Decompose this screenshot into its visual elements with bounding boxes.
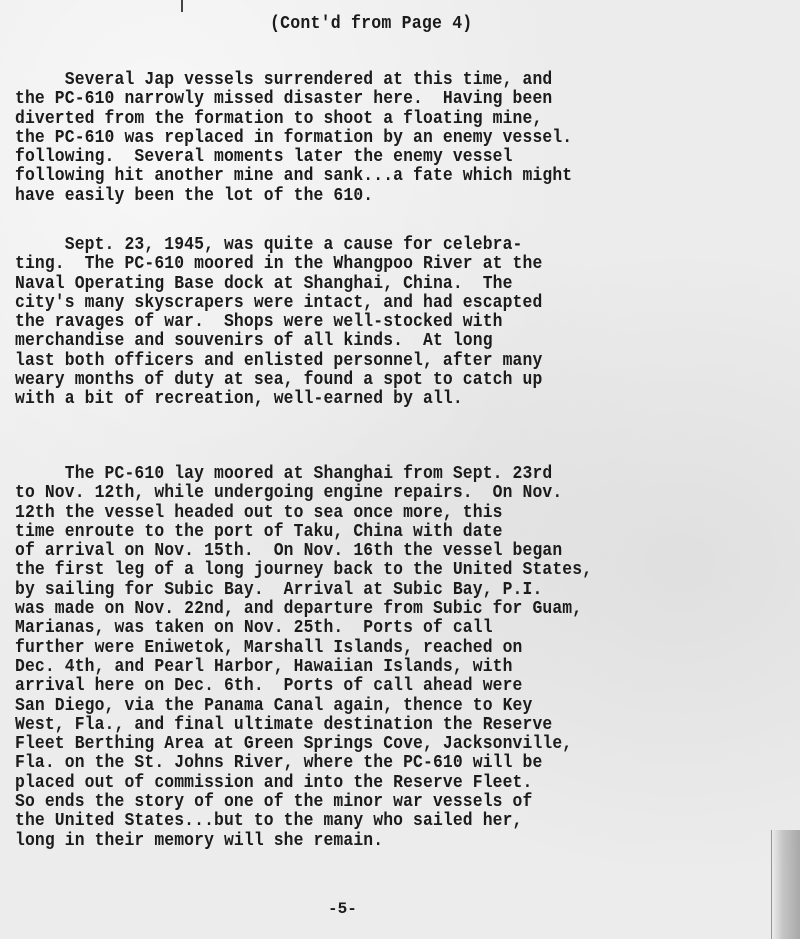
text-line: arrival here on Dec. 6th. Ports of call … bbox=[15, 676, 701, 695]
text-line: ting. The PC-610 moored in the Whangpoo … bbox=[15, 254, 701, 273]
typewritten-page: (Cont'd from Page 4) Several Jap vessels… bbox=[0, 0, 800, 939]
text-line: by sailing for Subic Bay. Arrival at Sub… bbox=[15, 580, 701, 599]
text-line: was made on Nov. 22nd, and departure fro… bbox=[15, 599, 701, 618]
text-line: weary months of duty at sea, found a spo… bbox=[15, 370, 701, 389]
paragraph-surrender: Several Jap vessels surrendered at this … bbox=[15, 70, 701, 205]
page-number: -5- bbox=[328, 900, 357, 918]
text-line: Dec. 4th, and Pearl Harbor, Hawaiian Isl… bbox=[15, 657, 701, 676]
text-line: San Diego, via the Panama Canal again, t… bbox=[15, 696, 701, 715]
text-line: with a bit of recreation, well-earned by… bbox=[15, 389, 701, 408]
text-line: So ends the story of one of the minor wa… bbox=[15, 792, 701, 811]
text-line: 12th the vessel headed out to sea once m… bbox=[15, 503, 701, 522]
text-line: further were Eniwetok, Marshall Islands,… bbox=[15, 638, 701, 657]
torn-edge bbox=[771, 830, 800, 939]
text-line: West, Fla., and final ultimate destinati… bbox=[15, 715, 701, 734]
text-line: city's many skyscrapers were intact, and… bbox=[15, 293, 701, 312]
text-line: Fleet Berthing Area at Green Springs Cov… bbox=[15, 734, 701, 753]
text-line: following hit another mine and sank...a … bbox=[15, 166, 701, 185]
text-line: diverted from the formation to shoot a f… bbox=[15, 109, 701, 128]
text-line: the United States...but to the many who … bbox=[15, 811, 701, 830]
text-line: the ravages of war. Shops were well-stoc… bbox=[15, 312, 701, 331]
text-line: The PC-610 lay moored at Shanghai from S… bbox=[15, 464, 701, 483]
text-line: merchandise and souvenirs of all kinds. … bbox=[15, 331, 701, 350]
text-line: placed out of commission and into the Re… bbox=[15, 773, 701, 792]
continuation-header: (Cont'd from Page 4) bbox=[270, 14, 472, 34]
text-line: following. Several moments later the ene… bbox=[15, 147, 701, 166]
text-line: Several Jap vessels surrendered at this … bbox=[15, 70, 701, 89]
paper-mark bbox=[181, 0, 183, 12]
text-line: last both officers and enlisted personne… bbox=[15, 351, 701, 370]
paragraph-journey-home: The PC-610 lay moored at Shanghai from S… bbox=[15, 464, 701, 850]
text-line: the PC-610 was replaced in formation by … bbox=[15, 128, 701, 147]
text-line: long in their memory will she remain. bbox=[15, 831, 701, 850]
text-line: of arrival on Nov. 15th. On Nov. 16th th… bbox=[15, 541, 701, 560]
text-line: Marianas, was taken on Nov. 25th. Ports … bbox=[15, 618, 701, 637]
text-line: Sept. 23, 1945, was quite a cause for ce… bbox=[15, 235, 701, 254]
text-line: have easily been the lot of the 610. bbox=[15, 186, 701, 205]
text-line: Fla. on the St. Johns River, where the P… bbox=[15, 753, 701, 772]
text-line: time enroute to the port of Taku, China … bbox=[15, 522, 701, 541]
text-line: Naval Operating Base dock at Shanghai, C… bbox=[15, 274, 701, 293]
text-line: to Nov. 12th, while undergoing engine re… bbox=[15, 483, 701, 502]
text-line: the PC-610 narrowly missed disaster here… bbox=[15, 89, 701, 108]
text-line: the first leg of a long journey back to … bbox=[15, 560, 701, 579]
paragraph-shanghai-arrival: Sept. 23, 1945, was quite a cause for ce… bbox=[15, 235, 701, 409]
